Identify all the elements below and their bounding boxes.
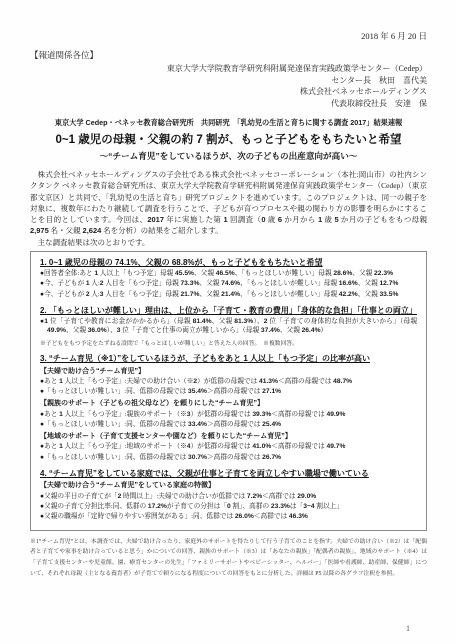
- sender-block: 東京大学大学院教育学研究科附属発達保育実践政策学センター（Cedep） センター…: [30, 63, 427, 109]
- bullet-item: ●1 位「子育てや教育にお金がかかるから」（母親 81.4%、父親 81.3%）…: [40, 317, 417, 336]
- section-1: 1. 0~1 歳児の母親の 74.1%、父親の 68.8%が、もっと子どもをもち…: [40, 257, 417, 299]
- document-date: 2018 年 6 月 20 日: [30, 30, 427, 42]
- page-number: 1: [406, 624, 410, 633]
- bullet-item: ●あと 1 人以上「もつ予定」:地域のサポート（※4）が低群の母親では 41.0…: [40, 442, 417, 451]
- sender-director: センター長 秋田 喜代美: [30, 75, 427, 87]
- summary-box: 1. 0~1 歳児の母親の 74.1%、父親の 68.8%が、もっと子どもをもち…: [30, 251, 427, 531]
- lead-paragraph: 株式会社ベネッセホールディングスの子会社である株式会社ベネッセコーポレーション（…: [30, 169, 427, 237]
- bullet-item: ●回答者全体:あと 1 人以上「もつ予定」母親 45.5%、父親 46.5%、「…: [40, 269, 417, 278]
- group-community-support: 【地域のサポート（子育て支援センターや園など）を頼りにした“チーム育児”】 ●あ…: [40, 432, 417, 462]
- page-subtitle: ～“チーム育児”をしているほうが、次の子どもの出産意向が高い～: [30, 150, 427, 162]
- group-couple-support: 【夫婦で助け合う“チーム育児”】 ●あと 1 人以上「もつ予定」:夫婦での助け合…: [40, 367, 417, 397]
- bullet-item: ●今、子どもが 2 人:3 人目を「もつ予定」母親 21.7%、父親 21.4%…: [40, 290, 417, 299]
- bullet-item: ●父親の平日の子育てが「2 時間以上」:夫婦での助け合いが低群では 7.2%＜高…: [40, 492, 417, 501]
- lead-closing: 主な調査結果は次のとおりです。: [30, 237, 427, 248]
- section-2: 2. 「もっとほしいが難しい」理由は、上位から「子育て・教育の費用」「身体的な負…: [40, 305, 417, 347]
- sender-president: 代表取締役社長 安達 保: [30, 98, 427, 110]
- bullet-item: ●「もっとほしいが難しい」:同、低群の母親では 35.4%＞高群の母親では 27…: [40, 387, 417, 396]
- section-2-heading: 2. 「もっとほしいが難しい」理由は、上位から「子育て・教育の費用」「身体的な負…: [40, 305, 417, 316]
- group-subhead: 【親族のサポート（子どもの祖父母など）を頼りにした“チーム育児”】: [40, 399, 417, 409]
- page-title: 0~1 歳児の母親・父親の約 7 割が、もっと子どもをもちたいと希望: [30, 131, 427, 147]
- section-1-heading: 1. 0~1 歳児の母親の 74.1%、父親の 68.8%が、もっと子どもをもち…: [40, 257, 417, 268]
- footnote-text: ※1“チーム育児”とは、本調査では、夫婦で助け合ったり、家庭外のサポートを得たり…: [30, 537, 427, 580]
- sender-company: 株式会社ベネッセホールディングス: [30, 86, 427, 98]
- press-release-page: 2018 年 6 月 20 日 【報道関係各位】 東京大学大学院教育学研究科附属…: [0, 0, 455, 644]
- survey-supertitle: 東京大学 Cedep・ベネッセ教育総合研究所 共同研究 「乳幼児の生活と育ちに関…: [30, 118, 427, 128]
- bullet-item: ●あと 1 人以上「もつ予定」:親族のサポート（※3）が低群の母親では 39.3…: [40, 410, 417, 419]
- group-relative-support: 【親族のサポート（子どもの祖父母など）を頼りにした“チーム育児”】 ●あと 1 …: [40, 399, 417, 429]
- group-subhead: 【夫婦で助け合う“チーム育児”】: [40, 367, 417, 377]
- bullet-item: ●今、子どもが 1 人:2 人目を「もつ予定」母親 73.3%、父親 74.6%…: [40, 279, 417, 288]
- section-3: 3. “チーム育児（※1）”をしているほうが、子どもをあと 1 人以上「もつ予定…: [40, 353, 417, 462]
- section-2-note: ※子どもをもつ予定をたずねる設問で「もっとほしいが難しい」と答えた人の回答。 ※…: [40, 338, 417, 347]
- bullet-item: ●あと 1 人以上「もつ予定」:夫婦での助け合い（※2）が低群の母親では 41.…: [40, 377, 417, 386]
- sender-organization: 東京大学大学院教育学研究科附属発達保育実践政策学センター（Cedep）: [30, 63, 427, 75]
- bullet-item: ●「もっとほしいが難しい」:同、低群の母親では 30.7%＞高群の母親では 26…: [40, 453, 417, 462]
- group-family-traits: 【夫婦で助け合う“チーム育児”をしている家庭の特徴】 ●父親の平日の子育てが「2…: [40, 481, 417, 521]
- group-subhead: 【地域のサポート（子育て支援センターや園など）を頼りにした“チーム育児”】: [40, 432, 417, 442]
- recipient-line: 【報道関係各位】: [30, 49, 427, 61]
- bullet-item: ●父親の子育て分担比率:同、低群の 17.2%が子育ての分担は「0 割」、高群の…: [40, 502, 417, 511]
- section-4-heading: 4. “チーム育児”をしている家庭では、父親が仕事と子育てを両立しやすい職場で働…: [40, 468, 417, 479]
- bullet-item: ●「もっとほしいが難しい」:同、低群の母親では 33.4%＞高群の母親では 25…: [40, 420, 417, 429]
- section-4: 4. “チーム育児”をしている家庭では、父親が仕事と子育てを両立しやすい職場で働…: [40, 468, 417, 522]
- group-subhead: 【夫婦で助け合う“チーム育児”をしている家庭の特徴】: [40, 481, 417, 491]
- section-3-heading: 3. “チーム育児（※1）”をしているほうが、子どもをあと 1 人以上「もつ予定…: [40, 353, 417, 364]
- bullet-item: ●父親の職場が「定時で帰りやすい雰囲気がある」:同、低群では 26.0%＜高群で…: [40, 512, 417, 521]
